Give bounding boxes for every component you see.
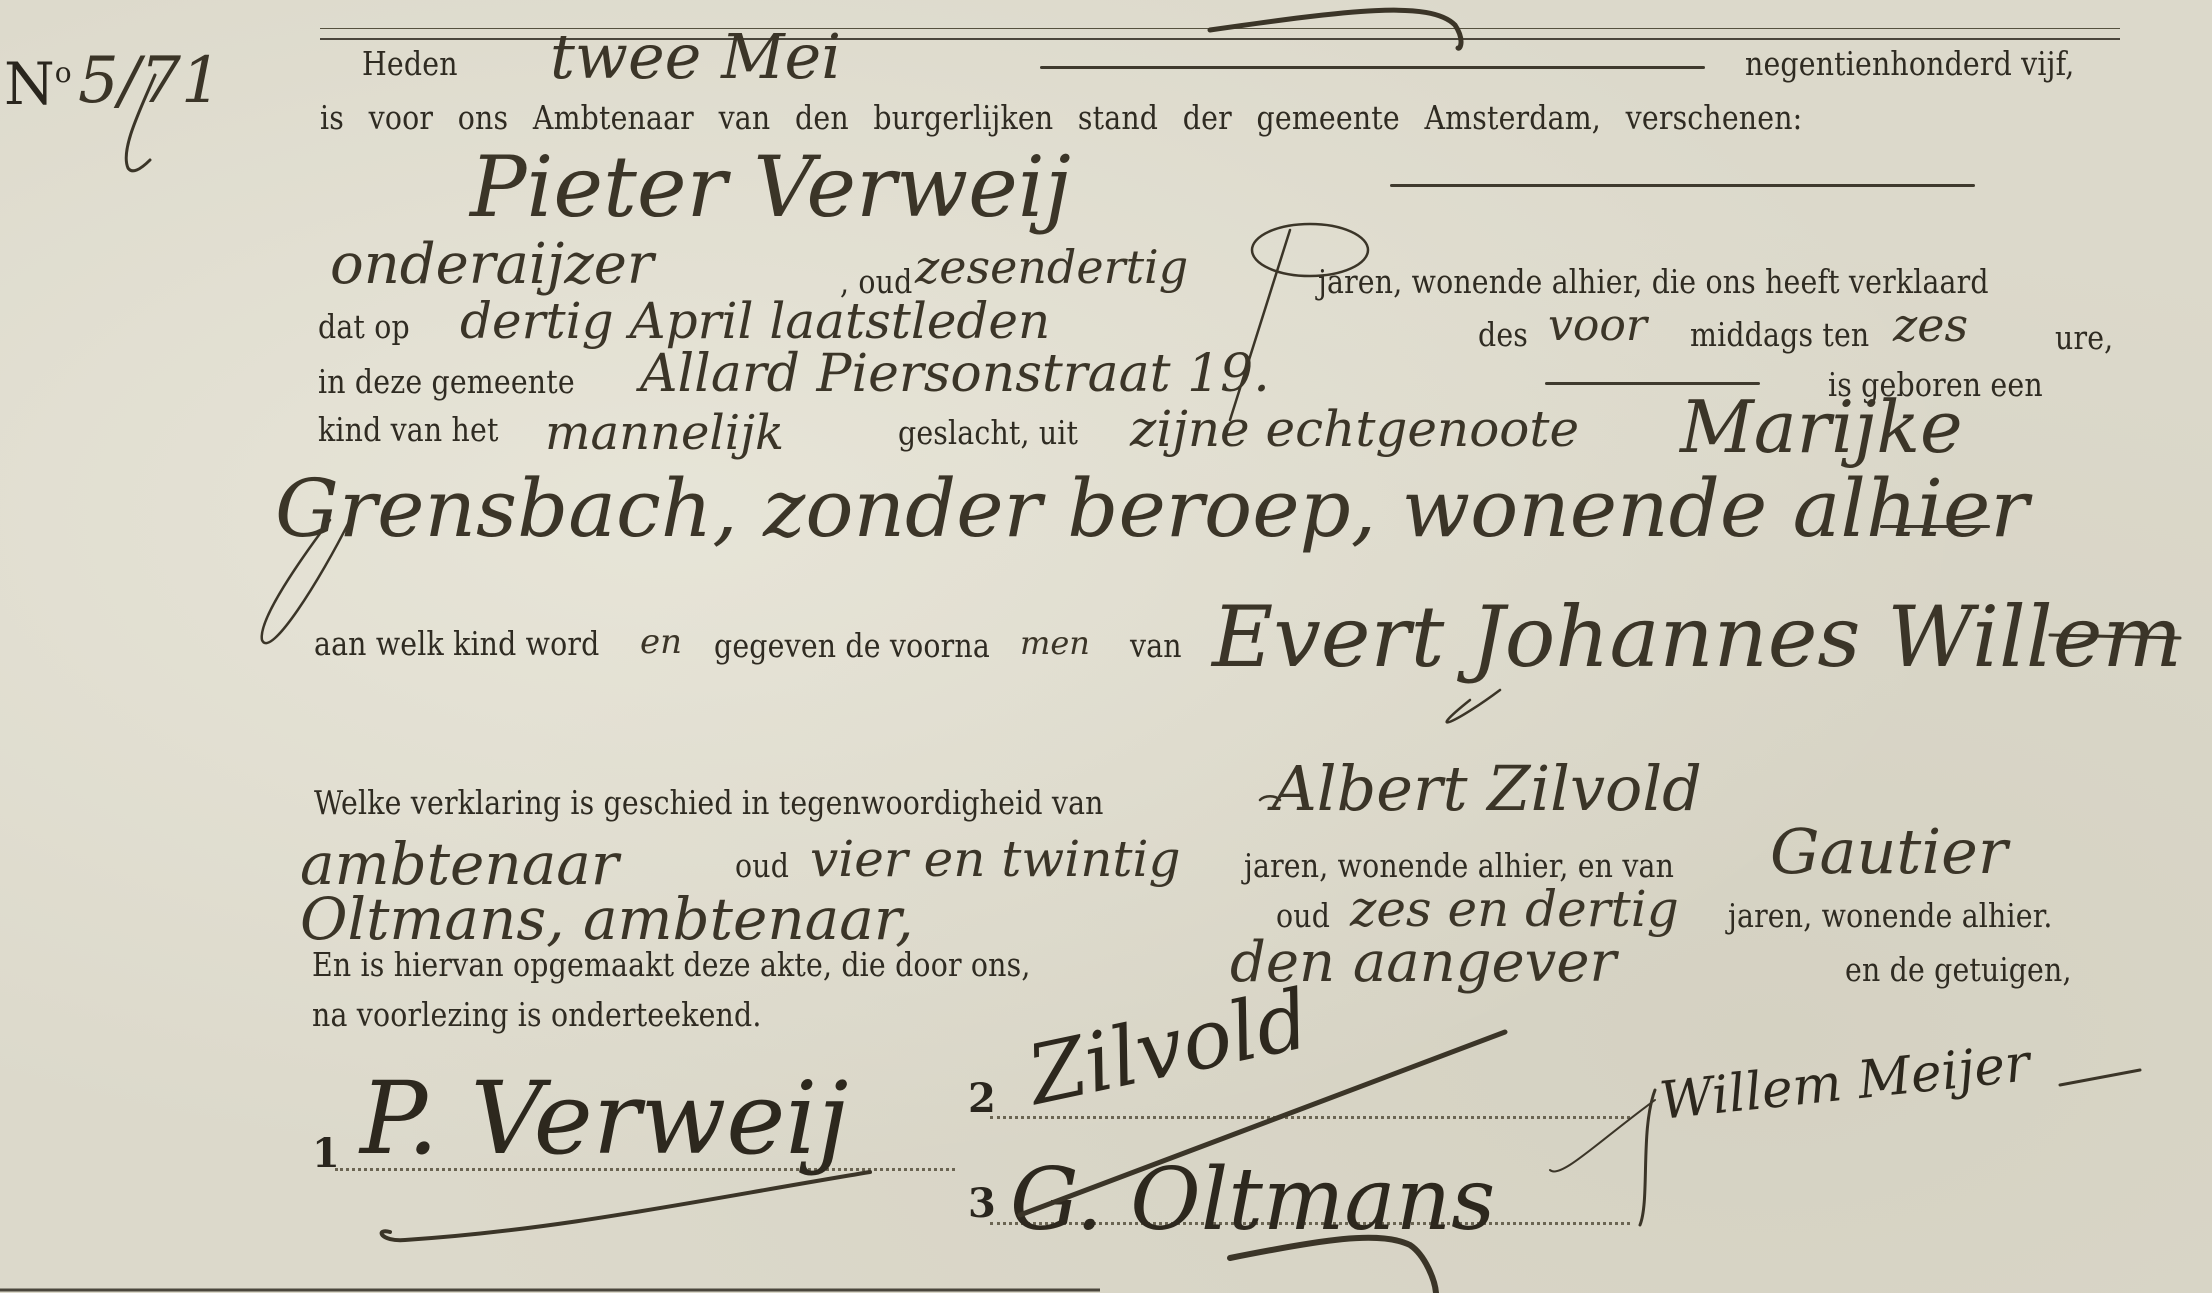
signature-number-3: 3 [968,1180,996,1227]
printed-middags: middags ten [1690,315,1869,354]
printed-heden: Heden [362,44,458,83]
hand-mother-rest: Grensbach, zonder beroep, wonende alhier [275,462,2029,555]
hand-mother-first: Marijke [1680,385,1963,469]
printed-gegeven: gegeven de voorna [714,626,990,665]
printed-des: des [1478,315,1528,354]
hand-address: Allard Piersonstraat 19. [640,344,1270,404]
hand-sex: mannelijk [545,405,784,461]
hand-declarant-name: Pieter Verweij [470,138,1071,236]
hand-date: twee Mei [550,20,841,93]
hand-age: zesendertig [915,240,1188,294]
hand-mother-intro: zijne echtgenoote [1130,400,1579,458]
signature-witness-2: G. Oltmans [1010,1150,1495,1250]
printed-in-deze-gemeente: in deze gemeente [318,362,575,401]
fill-line-date [1040,66,1705,69]
printed-line2: is voor ons Ambtenaar van den burgerlijk… [320,98,1802,137]
signature-declarant: P. Verweij [360,1060,848,1177]
printed-welke-verklaring: Welke verklaring is geschied in tegenwoo… [314,783,1104,822]
fill-line-declarant [1390,184,1975,187]
hand-part-of-day: voor [1548,300,1647,351]
printed-ure: ure, [2055,318,2113,357]
hand-child-names: Evert Johannes Willem [1212,588,2182,686]
fill-line-mother [1880,525,1990,528]
printed-en-is-hiervan: En is hiervan opgemaakt deze akte, die d… [312,945,1031,984]
printed-oud-w1: oud [735,846,789,885]
printed-line4-rest: jaren, wonende alhier, die ons heeft ver… [1318,262,1989,301]
hand-witness2-rest: Oltmans, ambtenaar, [300,885,914,953]
hand-witness1-age: vier en twintig [810,830,1180,888]
printed-aan-welk-kind: aan welk kind word [314,624,599,663]
printed-kind-van-het: kind van het [318,410,499,449]
printed-geslacht-uit: geslacht, uit [898,413,1078,452]
hand-en: en [640,622,682,662]
printed-dat-op: dat op [318,307,410,346]
printed-year: negentienhonderd vijf, [1745,44,2074,83]
akte-number-handwritten: 5/71 [78,44,222,118]
printed-van: van [1130,626,1182,665]
hand-occupation: onderaijzer [330,232,654,297]
signature-line-2 [990,1116,1630,1119]
hand-men: men [1020,624,1090,662]
signature-number-2: 2 [968,1075,996,1122]
hand-witness2-first: Gautier [1770,815,2008,888]
hand-witness1: Albert Zilvold [1272,752,1702,825]
akte-number-printed: No [4,50,72,118]
hand-birth-date: dertig April laatstleden [460,292,1050,350]
printed-en-de-getuigen: en de getuigen, [1845,950,2072,989]
printed-na-voorlezing: na voorlezing is onderteekend. [312,995,762,1034]
hand-hour: zes [1893,298,1968,352]
printed-line12-rest: jaren, wonende alhier. [1728,896,2053,935]
